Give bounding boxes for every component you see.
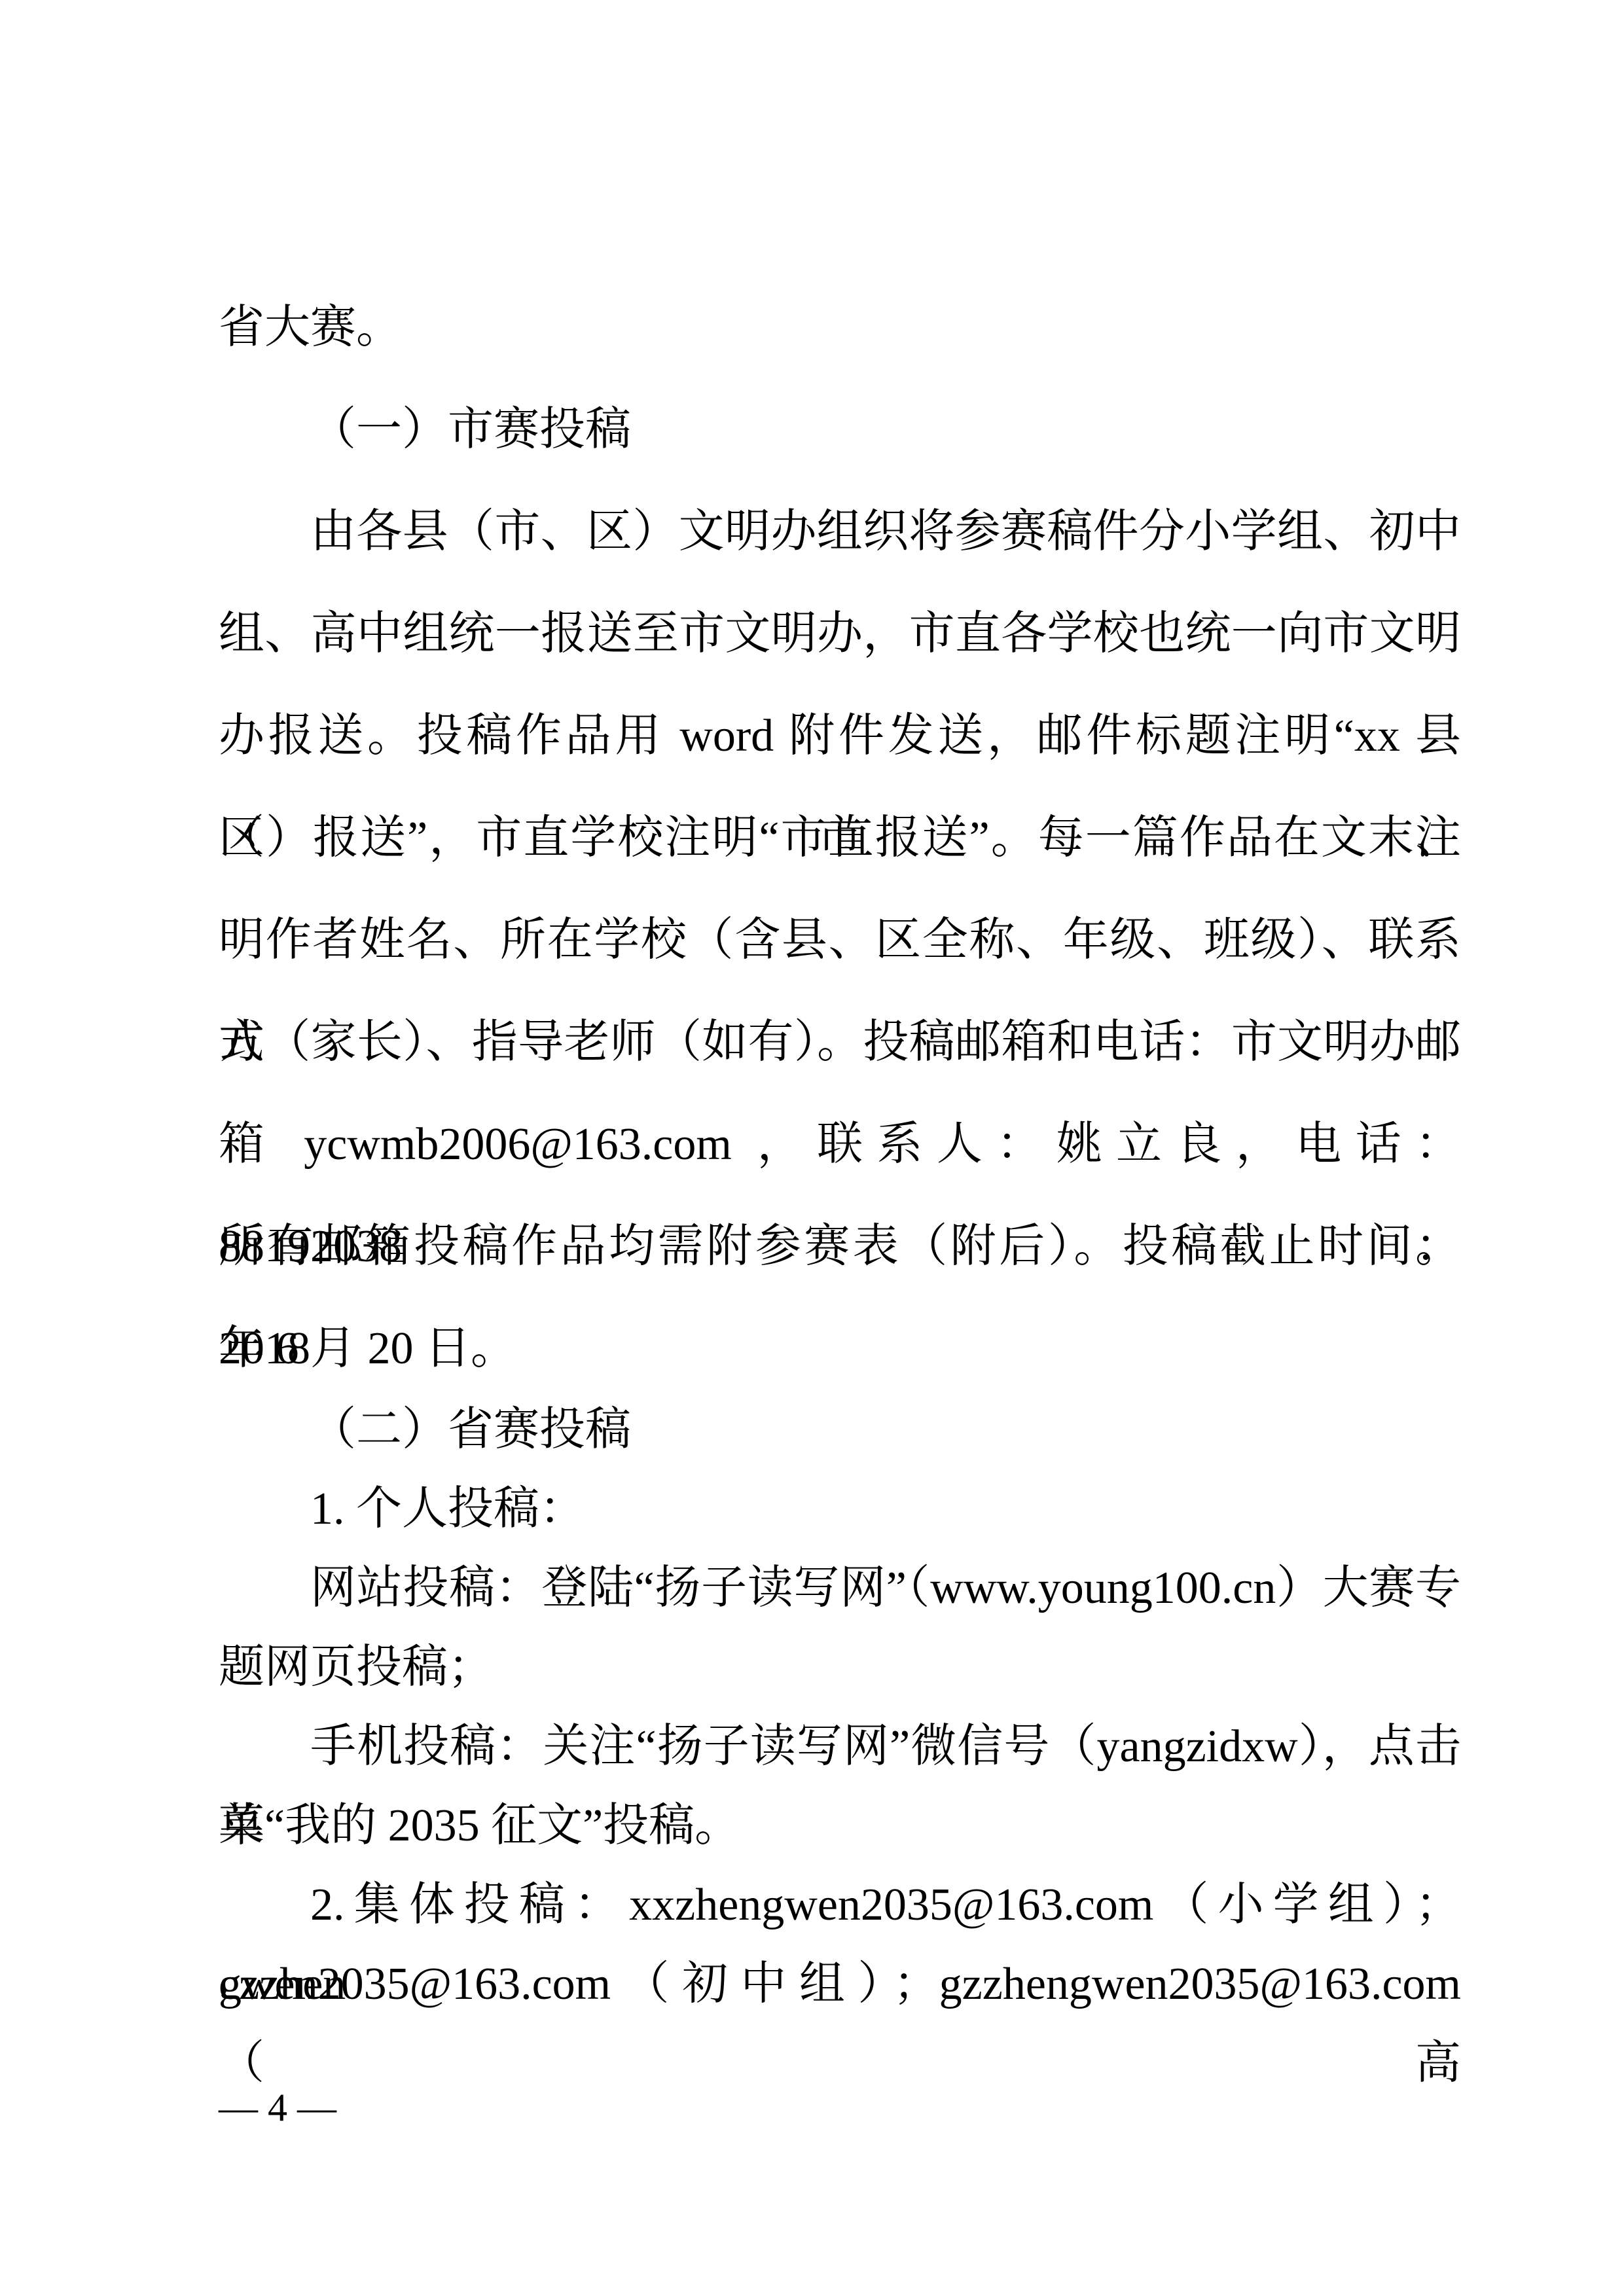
text-line: 明作者姓名、所在学校（含县、区全称、年级、班级）、联系方 bbox=[219, 889, 1461, 992]
text-line: 由各县（市、区）文明办组织将参赛稿件分小学组、初中 bbox=[219, 481, 1461, 583]
text-line-contact-email: 箱 ycwmb2006@163.com ，联系人：姚立良，电话：88192038… bbox=[219, 1094, 1461, 1196]
text-line: 题网页投稿； bbox=[219, 1628, 1461, 1707]
text-line-personal-submission: 1. 个人投稿： bbox=[219, 1469, 1461, 1549]
text-line: 办报送。投稿作品用 word 附件发送，邮件标题注明“xx 县（市、 bbox=[219, 685, 1461, 787]
text-line: 式（家长）、指导老师（如有）。投稿邮箱和电话：市文明办邮 bbox=[219, 992, 1461, 1094]
text-line: 组、高中组统一报送至市文明办，市直各学校也统一向市文明 bbox=[219, 583, 1461, 685]
text-line-mobile-submission: 手机投稿：关注“扬子读写网”微信号（yangzidxw），点击菜 bbox=[219, 1707, 1461, 1786]
text-line-deadline: 年 6 月 20 日。 bbox=[219, 1298, 1461, 1400]
text-line-website-submission: 网站投稿：登陆“扬子读写网”（www.young100.cn）大赛专 bbox=[219, 1549, 1461, 1628]
text-line: 所有邮箱投稿作品均需附参赛表（附后）。投稿截止时间：2018 bbox=[219, 1196, 1461, 1298]
text-line: 单“我的 2035 征文”投稿。 bbox=[219, 1786, 1461, 1865]
heading-line-province-submission: （二）省赛投稿 bbox=[219, 1390, 1461, 1469]
page-number: — 4 — bbox=[219, 2085, 336, 2130]
body-section-lower: （二）省赛投稿 1. 个人投稿： 网站投稿：登陆“扬子读写网”（www.youn… bbox=[219, 1390, 1461, 2024]
text-line: 省大赛。 bbox=[219, 277, 1461, 379]
text-line-group-submission: 2.集体投稿：xxzhengwen2035@163.com（小学组）；czzhe… bbox=[219, 1865, 1461, 1945]
body-section-upper: 省大赛。 （一）市赛投稿 由各县（市、区）文明办组织将参赛稿件分小学组、初中 组… bbox=[219, 277, 1461, 1400]
text-line: 区）报送”，市直学校注明“市直报送”。每一篇作品在文末注 bbox=[219, 787, 1461, 889]
document-page: 省大赛。 （一）市赛投稿 由各县（市、区）文明办组织将参赛稿件分小学组、初中 组… bbox=[0, 0, 1624, 2296]
text-line: gwen2035@163.com（初中组）；gzzhengwen2035@163… bbox=[219, 1945, 1461, 2024]
heading-line-city-submission: （一）市赛投稿 bbox=[219, 379, 1461, 481]
